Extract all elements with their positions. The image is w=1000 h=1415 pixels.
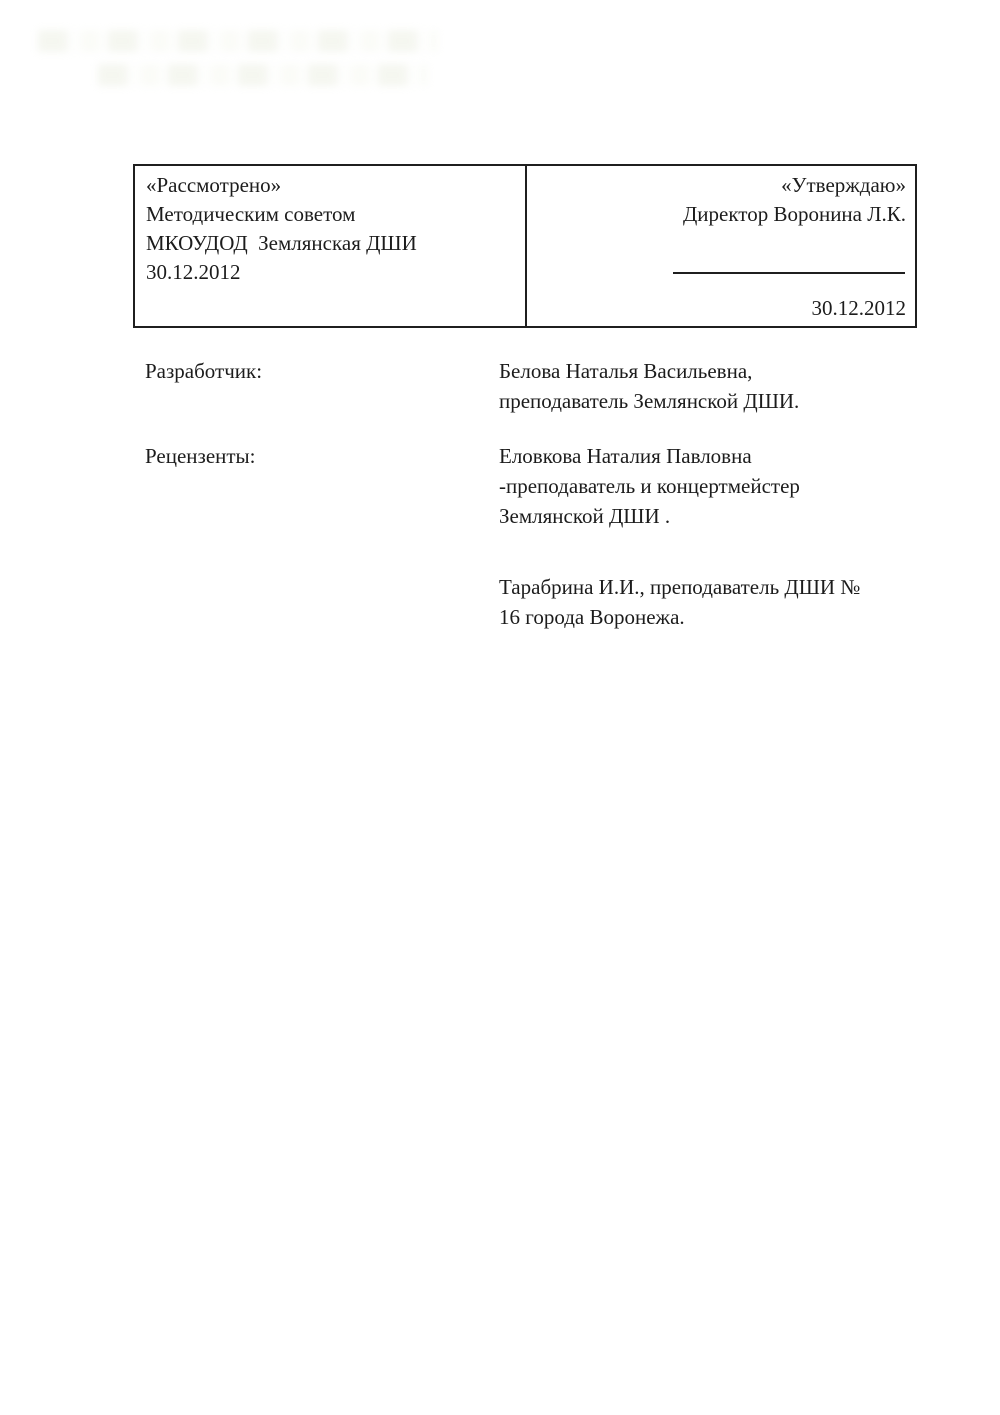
developer-name: Белова Наталья Васильевна, bbox=[499, 356, 919, 386]
approved-label: «Утверждаю» bbox=[535, 171, 906, 200]
reviewed-label: «Рассмотрено» bbox=[146, 171, 517, 200]
reviewers-label: Рецензенты: bbox=[145, 441, 256, 471]
reviewer-two-value: Тарабрина И.И., преподаватель ДШИ № 16 г… bbox=[499, 572, 919, 632]
developer-label: Разработчик: bbox=[145, 356, 262, 386]
reviewer-one-org: Землянской ДШИ . bbox=[499, 501, 919, 531]
document-page: «Рассмотрено» Методическим советом МКОУД… bbox=[0, 0, 1000, 1415]
approved-cell: «Утверждаю» Директор Воронина Л.К. 30.12… bbox=[525, 166, 915, 326]
reviewed-cell: «Рассмотрено» Методическим советом МКОУД… bbox=[135, 166, 525, 326]
developer-value: Белова Наталья Васильевна, преподаватель… bbox=[499, 356, 919, 416]
reviewed-by-council: Методическим советом bbox=[146, 200, 517, 229]
reviewer-one-title: -преподаватель и концертмейстер bbox=[499, 471, 919, 501]
reviewer-one-value: Еловкова Наталия Павловна -преподаватель… bbox=[499, 441, 919, 531]
reviewer-one-name: Еловкова Наталия Павловна bbox=[499, 441, 919, 471]
watermark-smudge bbox=[38, 30, 438, 110]
reviewed-org: МКОУДОД Землянская ДШИ bbox=[146, 229, 517, 258]
watermark-band-bottom bbox=[98, 64, 428, 86]
reviewed-date: 30.12.2012 bbox=[146, 258, 517, 287]
signature-line bbox=[673, 272, 905, 274]
approved-date: 30.12.2012 bbox=[812, 294, 907, 323]
reviewer-two-name: Тарабрина И.И., преподаватель ДШИ № bbox=[499, 572, 919, 602]
director-name: Директор Воронина Л.К. bbox=[535, 200, 906, 229]
developer-title: преподаватель Землянской ДШИ. bbox=[499, 386, 919, 416]
watermark-band-top bbox=[38, 30, 438, 52]
reviewer-two-city: 16 города Воронежа. bbox=[499, 602, 919, 632]
approval-table: «Рассмотрено» Методическим советом МКОУД… bbox=[133, 164, 917, 328]
